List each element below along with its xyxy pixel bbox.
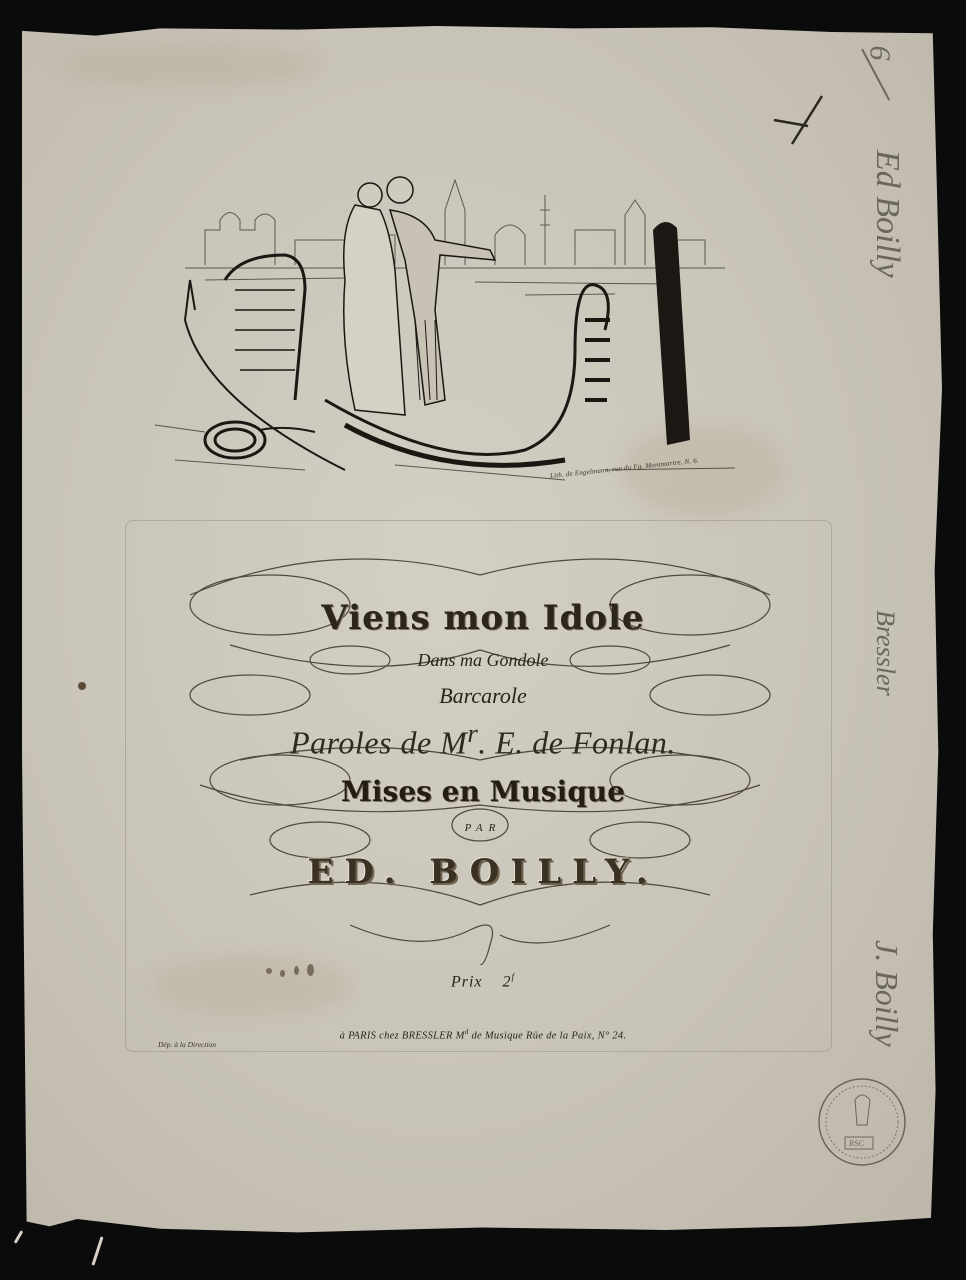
loose-thread bbox=[91, 1236, 103, 1265]
price-label: Prix bbox=[451, 973, 483, 990]
gondola-illustration bbox=[145, 170, 745, 490]
lyricist-prefix: Paroles de M bbox=[290, 725, 467, 761]
svg-text:RSC: RSC bbox=[849, 1139, 864, 1148]
mooring-pole bbox=[653, 222, 690, 445]
publisher-line: à PARIS chez BRESSLER Md de Musique Rüe … bbox=[0, 1028, 966, 1042]
venice-skyline bbox=[185, 180, 725, 295]
foxing-spot bbox=[307, 964, 314, 976]
song-title: Viens mon Idole bbox=[0, 598, 966, 638]
edge-stain bbox=[62, 46, 322, 86]
margin-note-bottom: J. Boilly bbox=[868, 940, 905, 1047]
composer-name: ED. BOILLY. bbox=[0, 852, 966, 892]
pencil-cross-mark bbox=[770, 88, 830, 148]
lyricist-name: . E. de Fonlan. bbox=[478, 725, 676, 761]
foxing-spot bbox=[280, 970, 285, 977]
pencil-number: 6 bbox=[863, 46, 897, 61]
water-lines bbox=[155, 425, 735, 480]
price-line: Prix 2f bbox=[0, 972, 966, 991]
price-unit: f bbox=[512, 972, 516, 982]
foxing-spot bbox=[266, 968, 272, 974]
genre-label: Barcarole bbox=[0, 683, 966, 709]
music-line: Mises en Musique bbox=[0, 775, 966, 808]
loose-thread bbox=[14, 1230, 24, 1244]
couple-figures bbox=[344, 177, 495, 415]
deposit-note: Dép. à la Direction bbox=[158, 1040, 216, 1049]
library-stamp: RSC bbox=[815, 1075, 910, 1170]
margin-note-top: Ed Boilly bbox=[868, 150, 906, 277]
ink-spot bbox=[78, 682, 86, 690]
lyricist-line: Paroles de Mr. E. de Fonlan. bbox=[0, 718, 966, 762]
song-subtitle: Dans ma Gondole bbox=[0, 650, 966, 671]
publisher-main: à PARIS chez BRESSLER M bbox=[340, 1031, 465, 1042]
by-label: PAR bbox=[0, 822, 966, 834]
foxing-spot bbox=[294, 966, 299, 975]
price-value: 2 bbox=[503, 973, 512, 990]
publisher-rest: de Musique Rüe de la Paix, N° 24. bbox=[469, 1031, 627, 1042]
margin-note-middle: Bressler bbox=[870, 610, 900, 696]
rope-coil bbox=[205, 422, 315, 458]
lyricist-sup: r bbox=[467, 718, 478, 748]
